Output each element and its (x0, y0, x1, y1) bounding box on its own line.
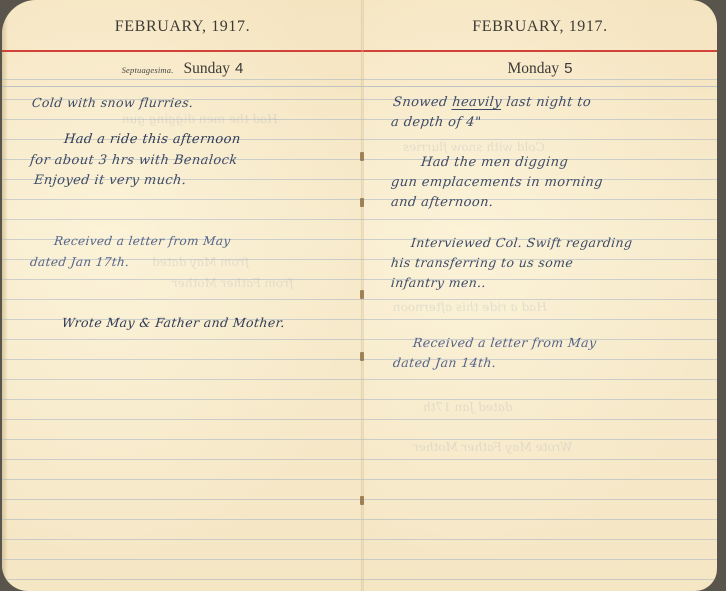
binding-stitch (360, 352, 364, 361)
entry-line: for about 3 hrs with Benalock (29, 153, 238, 168)
entry-line: gun emplacements in morning (390, 175, 603, 190)
underlined-word: heavily (451, 95, 502, 110)
red-header-rule (2, 50, 363, 52)
entry-line: dated Jan 14th. (392, 355, 497, 370)
right-page: FEBRUARY, 1917. Monday5 Cold with snow f… (363, 0, 717, 591)
entry-line: Wrote May & Father and Mother. (61, 315, 286, 330)
entry-line: Enjoyed it very much. (33, 173, 187, 188)
entry-line: infantry men.. (390, 275, 487, 290)
day-name: Monday (507, 60, 559, 77)
entry-line: Snowed heavily last night to (392, 95, 592, 110)
month-header: FEBRUARY, 1917. (363, 18, 717, 36)
binding-stitch (360, 496, 364, 505)
binding-stitch (360, 290, 364, 299)
feast-day-label: Septuagesima. (122, 65, 174, 75)
entry-line: a depth of 4" (390, 115, 482, 130)
entry-line: his transferring to us some (390, 255, 574, 270)
ruled-lines (2, 70, 363, 591)
day-number: 5 (564, 60, 572, 77)
red-header-rule (363, 50, 717, 52)
binding-stitch (360, 198, 364, 207)
entry-line: and afternoon. (390, 195, 494, 210)
binding-stitch (360, 152, 364, 161)
day-number: 4 (235, 60, 243, 77)
day-divider-line (363, 86, 717, 87)
day-divider-line (2, 86, 363, 87)
day-heading: Septuagesima.Sunday4 (2, 60, 363, 78)
entry-line: dated Jan 17th. (29, 255, 130, 269)
entry-line: Cold with snow flurries. (31, 95, 194, 110)
entry-line: Received a letter from May (412, 335, 597, 350)
left-page: FEBRUARY, 1917. Septuagesima.Sunday4 Had… (2, 0, 363, 591)
entry-line: Had the men digging (420, 155, 569, 170)
entry-line: Had a ride this afternoon (63, 132, 241, 147)
month-header: FEBRUARY, 1917. (2, 18, 363, 36)
entry-line: Received a letter from May (53, 234, 231, 248)
day-name: Sunday (184, 60, 231, 77)
entry-line: Interviewed Col. Swift regarding (410, 235, 633, 250)
diary-spread: FEBRUARY, 1917. Septuagesima.Sunday4 Had… (0, 0, 726, 591)
entry-text: Snowed heavily last night to (392, 95, 592, 110)
day-heading: Monday5 (363, 60, 717, 78)
